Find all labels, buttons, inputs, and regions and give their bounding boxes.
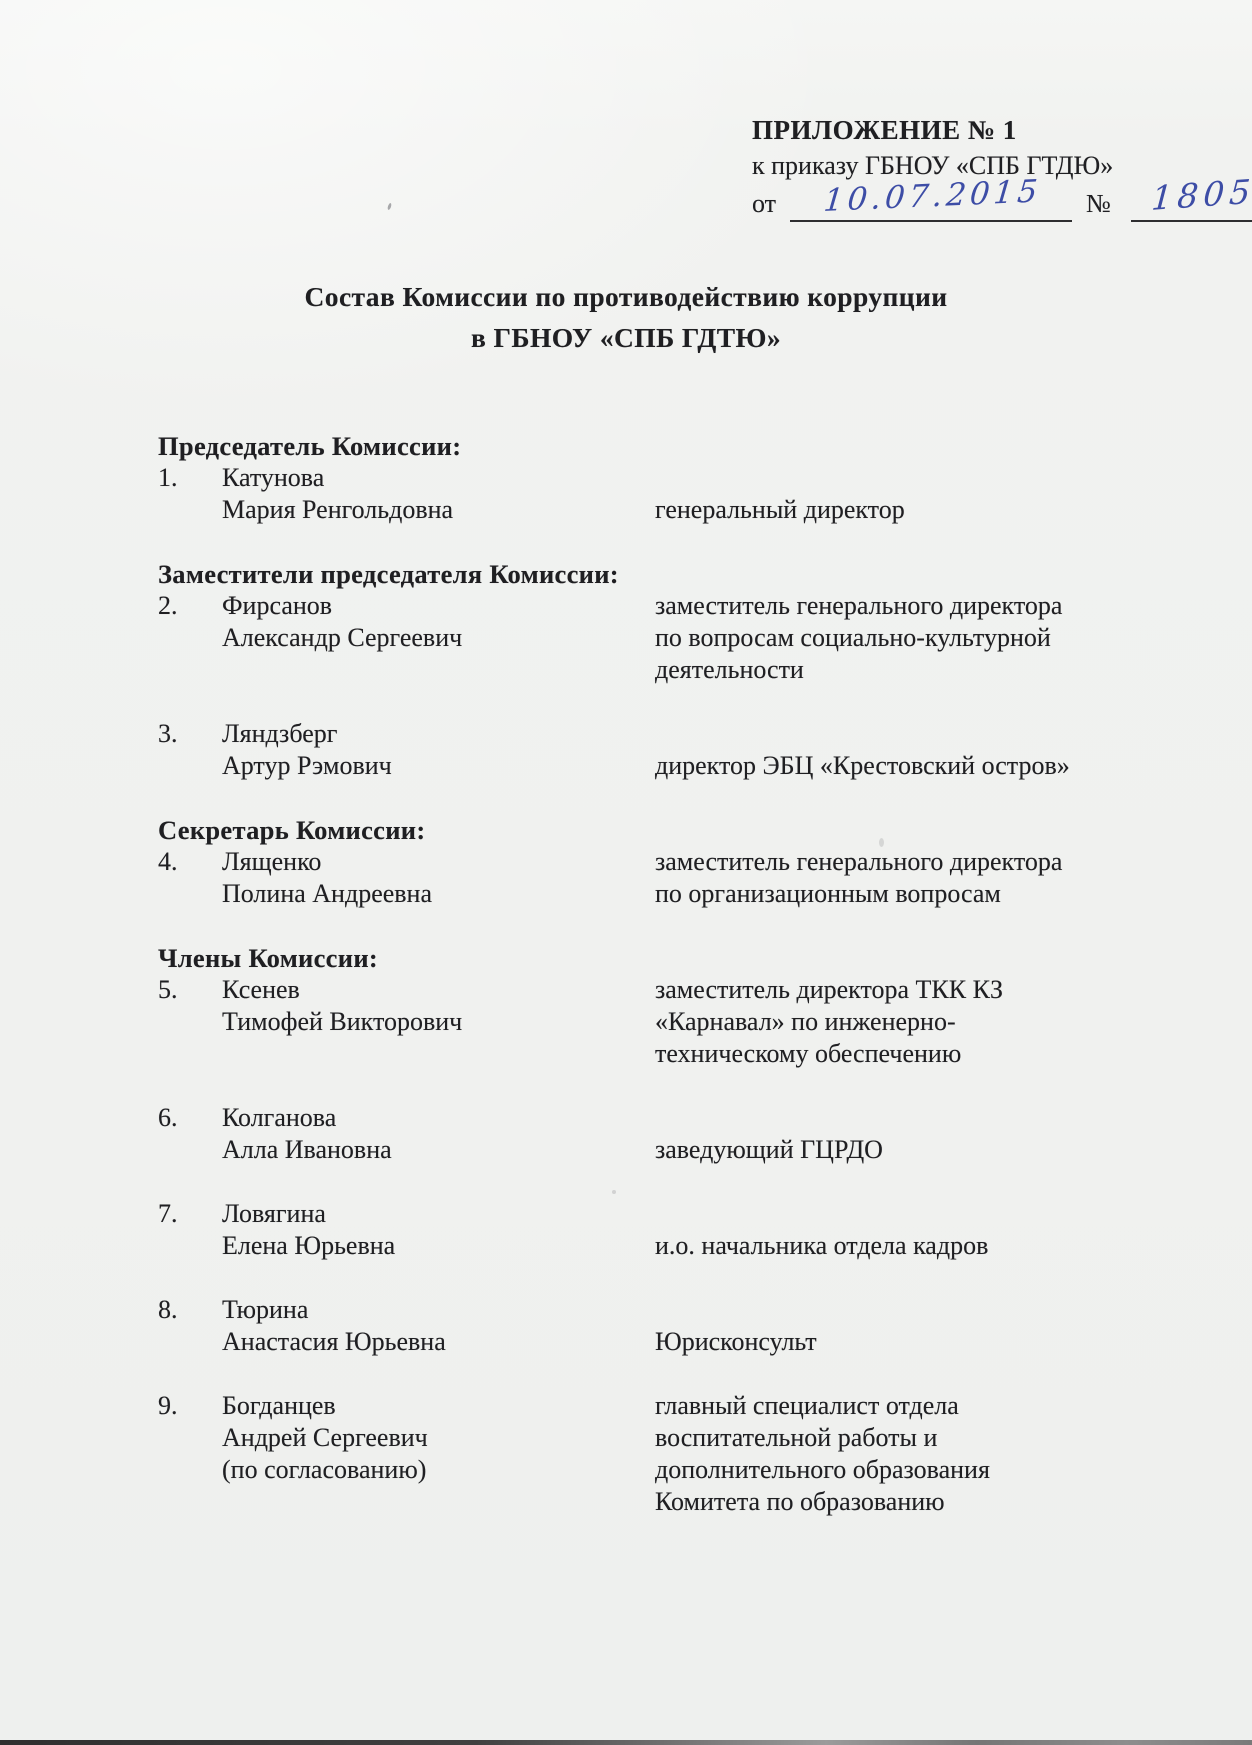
member-name-line (222, 1486, 655, 1518)
member-number (158, 750, 222, 782)
member-number (158, 622, 222, 654)
section-items: 4. Лященко заместитель генерального дире… (158, 846, 1204, 910)
member-row: Алла Ивановна заведующий ГЦРДО (158, 1134, 1204, 1166)
member-name-line: Полина Андреевна (222, 878, 655, 910)
member-position-line: техническому обеспечению (655, 1038, 1204, 1070)
member-number: 7. (158, 1198, 222, 1230)
section-items: 5. Ксенев заместитель директора ТКК КЗ Т… (158, 974, 1204, 1518)
member-position-line: Юрисконсульт (655, 1326, 1204, 1358)
number-underline: 1805 (1131, 184, 1252, 222)
document-title-line2: в ГБНОУ «СПБ ГДТЮ» (0, 317, 1252, 358)
member-name-line (222, 1038, 655, 1070)
member-position-line: по вопросам социально-культурной (655, 622, 1204, 654)
scan-edge-artifact (0, 1740, 1252, 1745)
member-entry: 2. Фирсанов заместитель генерального дир… (158, 590, 1204, 686)
order-reference-block: ПРИЛОЖЕНИЕ № 1 к приказу ГБНОУ «СПБ ГТДЮ… (752, 112, 1252, 222)
member-name-line: Тимофей Викторович (222, 1006, 655, 1038)
scan-speck (612, 1190, 616, 1194)
member-row: 9. Богданцев главный специалист отдела (158, 1390, 1204, 1422)
section-heading: Члены Комиссии: (158, 942, 1204, 974)
member-name-line: Елена Юрьевна (222, 1230, 655, 1262)
member-name-line: Ксенев (222, 974, 655, 1006)
member-name-line: Тюрина (222, 1294, 655, 1326)
member-number (158, 1134, 222, 1166)
member-entry: 3. Ляндзберг Артур Рэмович директор ЭБЦ … (158, 718, 1204, 782)
member-number (158, 1038, 222, 1070)
member-number: 2. (158, 590, 222, 622)
member-row: техническому обеспечению (158, 1038, 1204, 1070)
member-row: Комитета по образованию (158, 1486, 1204, 1518)
member-row: 4. Лященко заместитель генерального дире… (158, 846, 1204, 878)
commission-section: Заместители председателя Комиссии: 2. Фи… (158, 558, 1204, 782)
member-number (158, 1422, 222, 1454)
member-position-line: заместитель директора ТКК КЗ (655, 974, 1204, 1006)
member-entry: 9. Богданцев главный специалист отдела А… (158, 1390, 1204, 1518)
date-label: от (752, 186, 776, 222)
member-name-line: (по согласованию) (222, 1454, 655, 1486)
member-number (158, 1486, 222, 1518)
member-position-line: генеральный директор (655, 494, 1204, 526)
commission-section: Секретарь Комиссии: 4. Лященко заместите… (158, 814, 1204, 910)
section-items: 1. Катунова Мария Ренгольдовна генеральн… (158, 462, 1204, 526)
member-row: (по согласованию) дополнительного образо… (158, 1454, 1204, 1486)
member-position-line: заместитель генерального директора (655, 590, 1204, 622)
member-position-line (655, 462, 1204, 494)
member-row: Анастасия Юрьевна Юрисконсульт (158, 1326, 1204, 1358)
member-row: Полина Андреевна по организационным вопр… (158, 878, 1204, 910)
member-row: Артур Рэмович директор ЭБЦ «Крестовский … (158, 750, 1204, 782)
commission-section: Члены Комиссии: 5. Ксенев заместитель ди… (158, 942, 1204, 1518)
member-name-line: Колганова (222, 1102, 655, 1134)
member-position-line: по организационным вопросам (655, 878, 1204, 910)
member-position-line: заведующий ГЦРДО (655, 1134, 1204, 1166)
member-entry: 5. Ксенев заместитель директора ТКК КЗ Т… (158, 974, 1204, 1070)
member-name-line: Артур Рэмович (222, 750, 655, 782)
member-row: Александр Сергеевич по вопросам социальн… (158, 622, 1204, 654)
scanned-page: ПРИЛОЖЕНИЕ № 1 к приказу ГБНОУ «СПБ ГТДЮ… (0, 0, 1252, 1745)
member-row: 1. Катунова (158, 462, 1204, 494)
member-number: 9. (158, 1390, 222, 1422)
member-number (158, 1326, 222, 1358)
member-position-line: заместитель генерального директора (655, 846, 1204, 878)
member-number: 6. (158, 1102, 222, 1134)
order-date-number-line: от 10.07.2015 № 1805 (752, 184, 1252, 222)
document-title-line1: Состав Комиссии по противодействию корру… (0, 276, 1252, 317)
member-name-line: Александр Сергеевич (222, 622, 655, 654)
member-number (158, 494, 222, 526)
member-number (158, 654, 222, 686)
member-name-line: Алла Ивановна (222, 1134, 655, 1166)
document-title: Состав Комиссии по противодействию корру… (0, 276, 1252, 358)
member-row: Елена Юрьевна и.о. начальника отдела кад… (158, 1230, 1204, 1262)
section-heading: Председатель Комиссии: (158, 430, 1204, 462)
member-row: 2. Фирсанов заместитель генерального дир… (158, 590, 1204, 622)
scan-speck (387, 203, 392, 211)
member-number: 8. (158, 1294, 222, 1326)
member-row: Мария Ренгольдовна генеральный директор (158, 494, 1204, 526)
member-position-line: воспитательной работы и (655, 1422, 1204, 1454)
member-name-line: Андрей Сергеевич (222, 1422, 655, 1454)
commission-member-list: Председатель Комиссии: 1. Катунова Мария… (0, 430, 1252, 1550)
member-position-line: директор ЭБЦ «Крестовский остров» (655, 750, 1204, 782)
handwritten-number: 1805 (1150, 173, 1252, 217)
member-entry: 4. Лященко заместитель генерального дире… (158, 846, 1204, 910)
section-items: 2. Фирсанов заместитель генерального дир… (158, 590, 1204, 782)
member-position-line: дополнительного образования (655, 1454, 1204, 1486)
member-name-line: Лященко (222, 846, 655, 878)
member-position-line (655, 718, 1204, 750)
date-underline: 10.07.2015 (790, 184, 1072, 222)
member-position-line (655, 1198, 1204, 1230)
member-position-line (655, 1294, 1204, 1326)
member-entry: 1. Катунова Мария Ренгольдовна генеральн… (158, 462, 1204, 526)
section-heading: Заместители председателя Комиссии: (158, 558, 1204, 590)
scan-speck (879, 838, 884, 847)
member-name-line: Катунова (222, 462, 655, 494)
member-row: 7. Ловягина (158, 1198, 1204, 1230)
member-number (158, 1006, 222, 1038)
member-position-line: деятельности (655, 654, 1204, 686)
member-number (158, 1230, 222, 1262)
member-row: 6. Колганова (158, 1102, 1204, 1134)
member-number: 4. (158, 846, 222, 878)
member-number: 3. (158, 718, 222, 750)
section-heading: Секретарь Комиссии: (158, 814, 1204, 846)
member-entry: 7. Ловягина Елена Юрьевна и.о. начальник… (158, 1198, 1204, 1262)
member-number: 5. (158, 974, 222, 1006)
appendix-title: ПРИЛОЖЕНИЕ № 1 (752, 112, 1252, 148)
member-name-line (222, 654, 655, 686)
member-name-line: Анастасия Юрьевна (222, 1326, 655, 1358)
member-row: 8. Тюрина (158, 1294, 1204, 1326)
member-entry: 6. Колганова Алла Ивановна заведующий ГЦ… (158, 1102, 1204, 1166)
member-row: 3. Ляндзберг (158, 718, 1204, 750)
member-entry: 8. Тюрина Анастасия Юрьевна Юрисконсульт (158, 1294, 1204, 1358)
member-position-line: Комитета по образованию (655, 1486, 1204, 1518)
commission-section: Председатель Комиссии: 1. Катунова Мария… (158, 430, 1204, 526)
member-position-line: и.о. начальника отдела кадров (655, 1230, 1204, 1262)
member-name-line: Фирсанов (222, 590, 655, 622)
member-number: 1. (158, 462, 222, 494)
member-row: Тимофей Викторович «Карнавал» по инженер… (158, 1006, 1204, 1038)
member-name-line: Ляндзберг (222, 718, 655, 750)
member-position-line: главный специалист отдела (655, 1390, 1204, 1422)
member-row: 5. Ксенев заместитель директора ТКК КЗ (158, 974, 1204, 1006)
member-position-line: «Карнавал» по инженерно- (655, 1006, 1204, 1038)
member-number (158, 1454, 222, 1486)
member-name-line: Мария Ренгольдовна (222, 494, 655, 526)
member-name-line: Ловягина (222, 1198, 655, 1230)
number-label: № (1086, 186, 1111, 222)
member-number (158, 878, 222, 910)
member-name-line: Богданцев (222, 1390, 655, 1422)
member-row: деятельности (158, 654, 1204, 686)
member-row: Андрей Сергеевич воспитательной работы и (158, 1422, 1204, 1454)
member-position-line (655, 1102, 1204, 1134)
